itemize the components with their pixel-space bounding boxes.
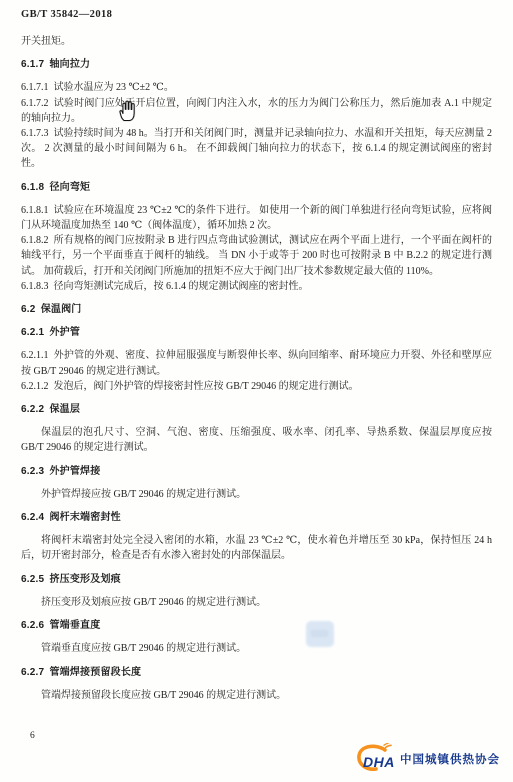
clause-heading: 6.1.7 轴向拉力 xyxy=(21,57,492,72)
document-page[interactable]: GB/T 35842—2018 开关扭矩。6.1.7 轴向拉力6.1.7.1 试… xyxy=(0,0,513,782)
cdha-acronym: DHA xyxy=(363,754,395,770)
clause-heading: 6.2.4 阀杆末端密封性 xyxy=(21,510,492,525)
clause-paragraph: 将阀杆末端密封处完全浸入密闭的水箱，水温 23 ℃±2 ℃，使水着色并增压至 3… xyxy=(21,533,492,563)
cdha-logo: DHA 中国城镇供热协会 xyxy=(356,743,500,774)
clause-heading: 6.2.5 挤压变形及划痕 xyxy=(21,572,492,587)
clause-heading: 6.1.8 径向弯矩 xyxy=(21,180,492,195)
document-body: 开关扭矩。6.1.7 轴向拉力6.1.7.1 试验水温应为 23 ℃±2 ℃。6… xyxy=(21,34,492,703)
clause-heading: 6.2.3 外护管焊接 xyxy=(21,464,492,479)
clause-heading: 6.2.2 保温层 xyxy=(21,402,492,417)
page-number: 6 xyxy=(30,730,35,742)
clause-paragraph: 管端焊接预留段长度应按 GB/T 29046 的规定进行测试。 xyxy=(21,688,492,703)
clause-paragraph: 6.1.8.2 所有规格的阀门应按附录 B 进行四点弯曲试验测试，测试应在两个平… xyxy=(21,233,492,279)
clause-paragraph: 开关扭矩。 xyxy=(21,34,492,49)
cdha-logo-mark: DHA xyxy=(356,743,396,774)
clause-paragraph: 6.2.1.1 外护管的外观、密度、拉伸屈服强度与断裂伸长率、纵向回缩率、耐环境… xyxy=(21,348,492,378)
watermark-inner-mark xyxy=(311,630,328,637)
clause-paragraph: 6.1.7.1 试验水温应为 23 ℃±2 ℃。 xyxy=(21,80,492,95)
cdha-org-name: 中国城镇供热协会 xyxy=(400,751,500,767)
clause-paragraph: 外护管焊接应按 GB/T 29046 的规定进行测试。 xyxy=(21,487,492,502)
clause-paragraph: 6.1.7.3 试验持续时间为 48 h。当打开和关闭阀门时，测量并记录轴向拉力… xyxy=(21,126,492,172)
clause-paragraph: 6.2.1.2 发泡后，阀门外护管的焊接密封性应按 GB/T 29046 的规定… xyxy=(21,379,492,394)
clause-paragraph: 挤压变形及划痕应按 GB/T 29046 的规定进行测试。 xyxy=(21,595,492,610)
clause-paragraph: 6.1.8.1 试验应在环境温度 23 ℃±2 ℃的条件下进行。 如使用一个新的… xyxy=(21,203,492,233)
document-content: GB/T 35842—2018 开关扭矩。6.1.7 轴向拉力6.1.7.1 试… xyxy=(21,8,492,703)
clause-heading: 6.2 保温阀门 xyxy=(21,302,492,317)
clause-heading: 6.2.1 外护管 xyxy=(21,325,492,340)
clause-heading: 6.2.6 管端垂直度 xyxy=(21,618,492,633)
clause-paragraph: 6.1.7.2 试验时阀门应处于开启位置，向阀门内注入水，水的压力为阀门公称压力… xyxy=(21,96,492,126)
clause-paragraph: 管端垂直度应按 GB/T 29046 的规定进行测试。 xyxy=(21,641,492,656)
clause-heading: 6.2.7 管端焊接预留段长度 xyxy=(21,665,492,680)
clause-paragraph: 6.1.8.3 径向弯矩测试完成后，按 6.1.4 的规定测试阀座的密封性。 xyxy=(21,279,492,294)
standard-number-header: GB/T 35842—2018 xyxy=(21,8,492,22)
clause-paragraph: 保温层的泡孔尺寸、空洞、气泡、密度、压缩强度、吸水率、闭孔率、导热系数、保温层厚… xyxy=(21,425,492,455)
watermark-blob xyxy=(306,621,334,647)
